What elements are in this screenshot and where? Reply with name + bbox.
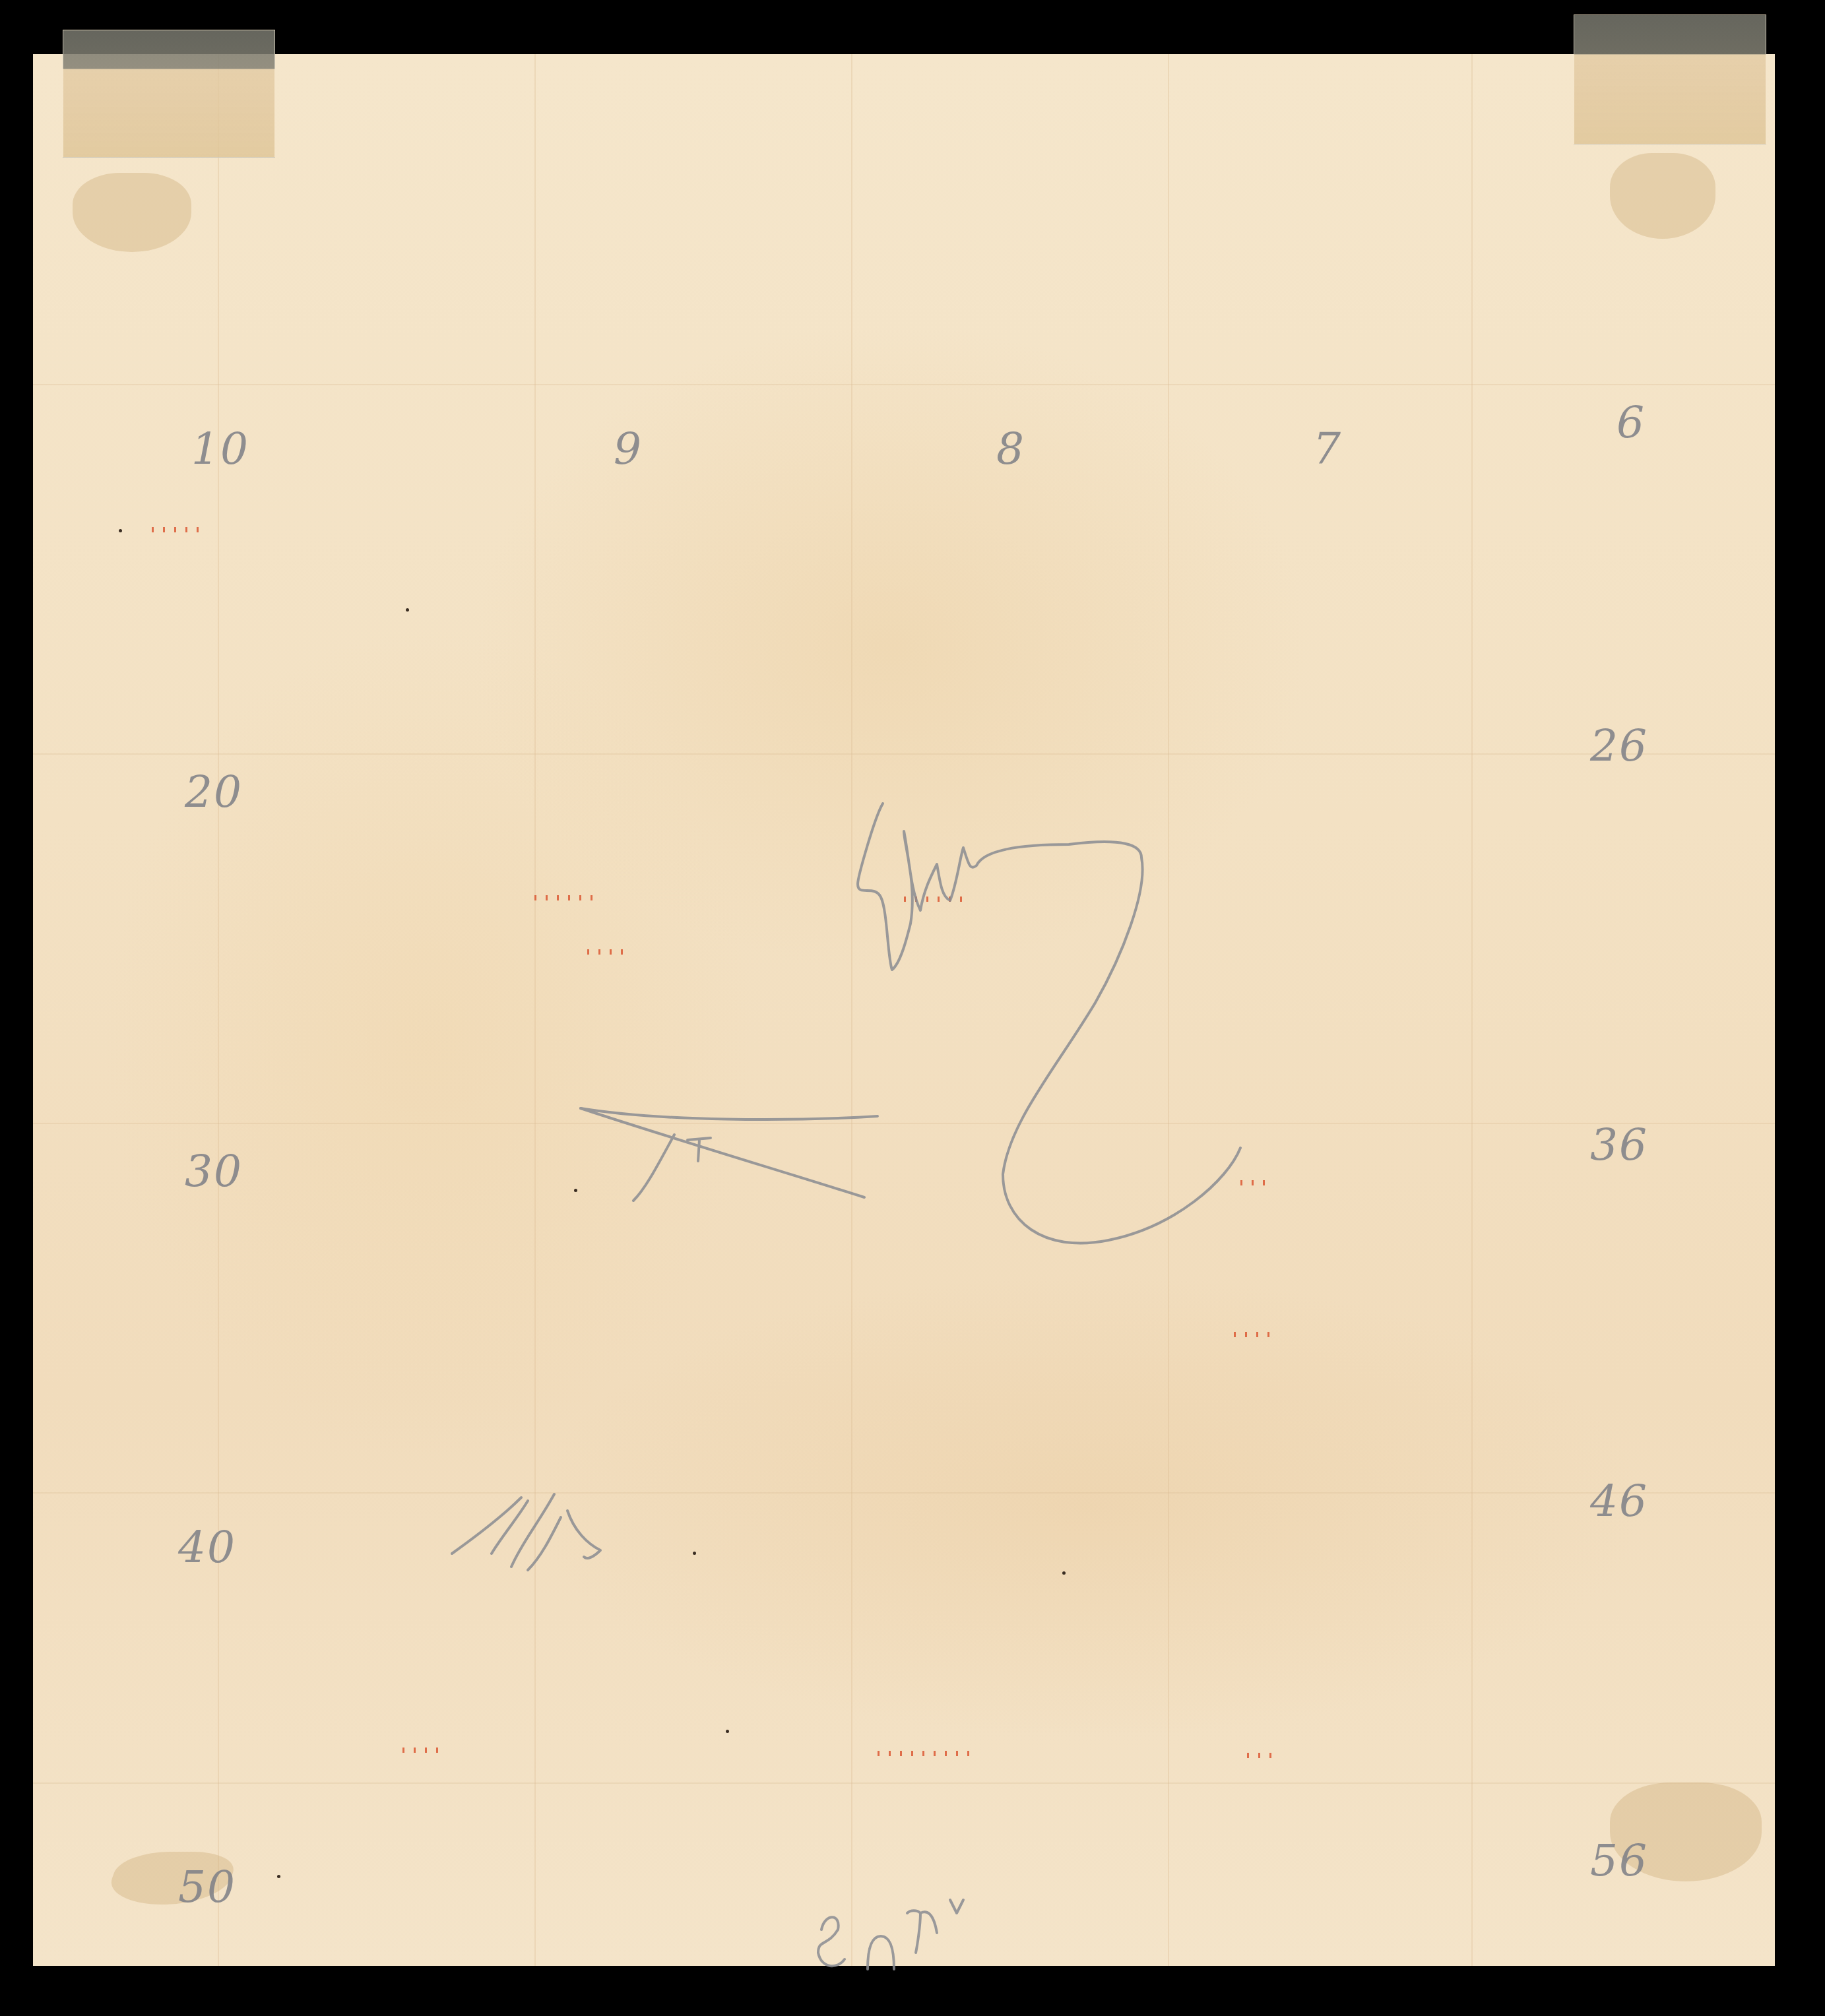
bottom-inscription-icon [818, 1900, 963, 1969]
tape-hinge-top-left [63, 30, 275, 158]
tape-hinge-top-right [1574, 15, 1766, 144]
pencil-drawings [0, 0, 1825, 2016]
photo-stage: 10 9 8 7 6 20 30 40 50 26 36 46 56 [0, 0, 1825, 2016]
signature-icon [858, 803, 1240, 1243]
cross-mark-icon [581, 1108, 878, 1201]
initials-mark-icon [452, 1494, 600, 1570]
